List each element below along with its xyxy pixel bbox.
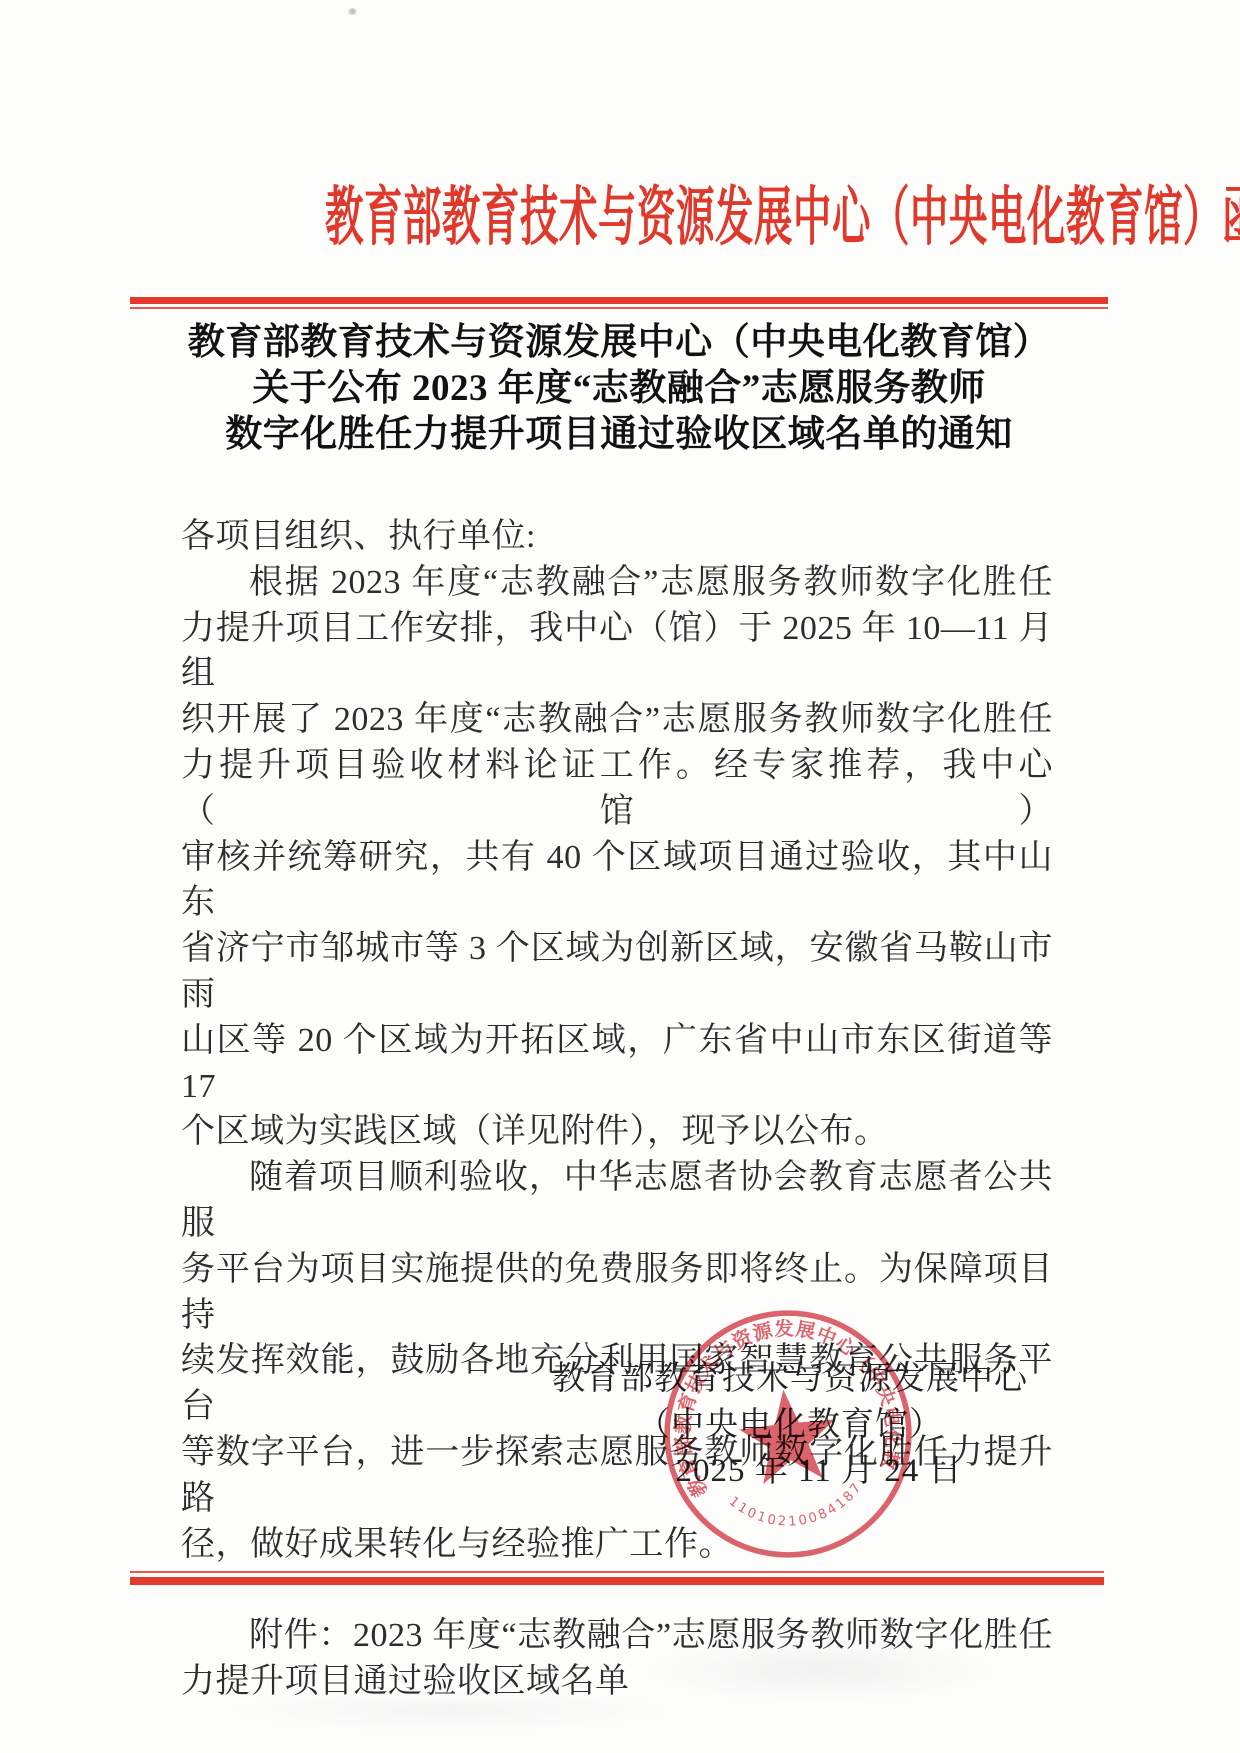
letterhead: 教育部教育技术与资源发展中心（中央电化教育馆）函件 — [0, 176, 1240, 260]
svg-text:11010210084187: 11010210084187 — [724, 1478, 869, 1536]
document-title: 教育部教育技术与资源发展中心（中央电化教育馆） 关于公布 2023 年度“志教融… — [130, 320, 1108, 458]
title-line-2: 关于公布 2023 年度“志教融合”志愿服务教师 — [130, 366, 1108, 412]
body-line: 随着项目顺利验收，中华志愿者协会教育志愿者公共服 — [181, 1155, 1053, 1247]
salutation: 各项目组织、执行单位: — [181, 514, 1053, 560]
body-line: 务平台为项目实施提供的免费服务即将终止。为保障项目持 — [181, 1247, 1053, 1339]
separator-thick-line — [130, 297, 1108, 304]
footer-separator — [130, 1571, 1104, 1585]
scan-speck — [348, 8, 357, 15]
title-line-3: 数字化胜任力提升项目通过验收区域名单的通知 — [130, 412, 1108, 458]
title-line-1: 教育部教育技术与资源发展中心（中央电化教育馆） — [130, 320, 1108, 366]
letterhead-title: 教育部教育技术与资源发展中心（中央电化教育馆）函件 — [325, 176, 1240, 260]
body-line: 审核并统筹研究，共有 40 个区域项目通过验收，其中山东 — [181, 835, 1053, 927]
scan-smudge — [640, 1635, 1000, 1705]
separator-thick-line — [130, 1577, 1104, 1585]
header-separator — [130, 297, 1108, 309]
seal-serial-number: 11010210084187 — [724, 1478, 869, 1536]
body-line: 省济宁市邹城市等 3 个区域为创新区域，安徽省马鞍山市雨 — [181, 926, 1053, 1018]
body-line: 力提升项目验收材料论证工作。经专家推荐，我中心（馆） — [181, 743, 1053, 835]
official-seal-stamp: 教育部教育技术与资源发展中心（中央电化教育馆） 11010210084187 — [645, 1291, 931, 1577]
body-line: 根据 2023 年度“志教融合”志愿服务教师数字化胜任 — [181, 560, 1053, 606]
body-line: 山区等 20 个区域为开拓区域，广东省中山市东区街道等 17 — [181, 1018, 1053, 1110]
document-page: 教育部教育技术与资源发展中心（中央电化教育馆）函件 教育部教育技术与资源发展中心… — [0, 0, 1240, 1753]
seal-star-icon — [735, 1385, 841, 1487]
scan-smudge — [220, 1688, 680, 1733]
separator-thin-line — [130, 1571, 1104, 1573]
body-line: 织开展了 2023 年度“志教融合”志愿服务教师数字化胜任 — [181, 697, 1053, 743]
separator-thin-line — [130, 307, 1108, 309]
body-line: 力提升项目工作安排，我中心（馆）于 2025 年 10—11 月组 — [181, 606, 1053, 698]
body-line: 个区域为实践区域（详见附件），现予以公布。 — [181, 1109, 1053, 1155]
